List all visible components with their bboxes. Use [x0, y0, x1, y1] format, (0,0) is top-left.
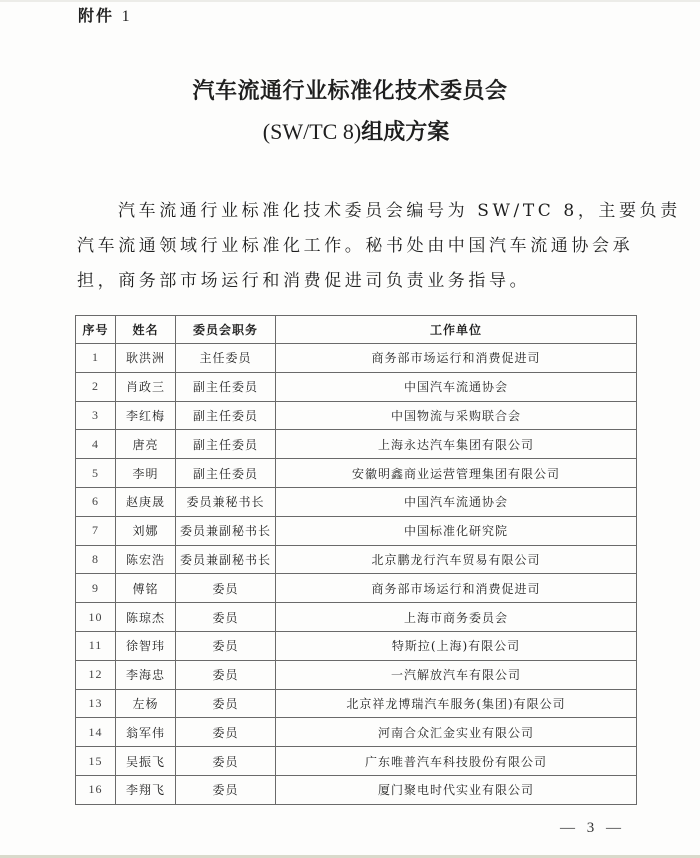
- cell-position: 副主任委员: [176, 459, 276, 488]
- intro-paragraph: 汽车流通行业标准化技术委员会编号为 SW/TC 8，主要负责 汽车流通领域行业标…: [77, 199, 647, 304]
- cell-employer: 中国物流与采购联合会: [276, 401, 637, 430]
- document-subtitle: (SW/TC 8)组成方案: [0, 115, 700, 146]
- cell-position: 副主任委员: [176, 401, 276, 430]
- cell-employer: 河南合众汇金实业有限公司: [276, 718, 637, 747]
- cell-name: 唐亮: [116, 430, 176, 459]
- table-row: 9傅铭委员商务部市场运行和消费促进司: [76, 574, 637, 603]
- cell-index: 14: [76, 718, 116, 747]
- cell-employer: 一汽解放汽车有限公司: [276, 660, 637, 689]
- cell-employer: 中国汽车流通协会: [276, 372, 637, 401]
- cell-name: 肖政三: [116, 372, 176, 401]
- cell-index: 2: [76, 372, 116, 401]
- cell-position: 委员兼副秘书长: [176, 545, 276, 574]
- cell-name: 李红梅: [116, 401, 176, 430]
- committee-code: (SW/TC 8): [263, 119, 361, 144]
- committee-members-table: 序号 姓名 委员会职务 工作单位 1耿洪洲主任委员商务部市场运行和消费促进司2肖…: [75, 315, 637, 805]
- column-header-employer: 工作单位: [276, 316, 637, 344]
- cell-name: 陈宏浩: [116, 545, 176, 574]
- column-header-name: 姓名: [116, 316, 176, 344]
- table-row: 12李海忠委员一汽解放汽车有限公司: [76, 660, 637, 689]
- table-row: 2肖政三副主任委员中国汽车流通协会: [76, 372, 637, 401]
- cell-employer: 广东唯普汽车科技股份有限公司: [276, 747, 637, 776]
- cell-name: 李明: [116, 459, 176, 488]
- cell-position: 副主任委员: [176, 372, 276, 401]
- intro-line: 汽车流通行业标准化技术委员会编号为 SW/TC 8，主要负责: [77, 199, 647, 234]
- cell-position: 委员兼秘书长: [176, 487, 276, 516]
- column-header-position: 委员会职务: [176, 316, 276, 344]
- cell-position: 主任委员: [176, 344, 276, 373]
- attachment-number: 1: [122, 8, 132, 25]
- cell-index: 6: [76, 487, 116, 516]
- table-row: 8陈宏浩委员兼副秘书长北京鹏龙行汽车贸易有限公司: [76, 545, 637, 574]
- table-row: 13左杨委员北京祥龙博瑞汽车服务(集团)有限公司: [76, 689, 637, 718]
- cell-name: 徐智玮: [116, 631, 176, 660]
- table-row: 10陈琼杰委员上海市商务委员会: [76, 603, 637, 632]
- subtitle-text: 组成方案: [361, 120, 449, 145]
- cell-name: 李海忠: [116, 660, 176, 689]
- cell-employer: 上海永达汽车集团有限公司: [276, 430, 637, 459]
- page-top-edge: [0, 0, 700, 2]
- cell-employer: 中国标准化研究院: [276, 516, 637, 545]
- cell-employer: 商务部市场运行和消费促进司: [276, 344, 637, 373]
- cell-index: 11: [76, 631, 116, 660]
- cell-position: 委员: [176, 747, 276, 776]
- cell-position: 委员: [176, 660, 276, 689]
- cell-employer: 中国汽车流通协会: [276, 487, 637, 516]
- table-row: 5李明副主任委员安徽明鑫商业运营管理集团有限公司: [76, 459, 637, 488]
- cell-employer: 北京祥龙博瑞汽车服务(集团)有限公司: [276, 689, 637, 718]
- table-row: 11徐智玮委员特斯拉(上海)有限公司: [76, 631, 637, 660]
- table-row: 6赵庚晟委员兼秘书长中国汽车流通协会: [76, 487, 637, 516]
- attachment-label: 附件 1: [78, 3, 132, 26]
- cell-position: 委员: [176, 574, 276, 603]
- table-row: 14翁军伟委员河南合众汇金实业有限公司: [76, 718, 637, 747]
- cell-index: 13: [76, 689, 116, 718]
- cell-employer: 商务部市场运行和消费促进司: [276, 574, 637, 603]
- table-row: 4唐亮副主任委员上海永达汽车集团有限公司: [76, 430, 637, 459]
- cell-index: 8: [76, 545, 116, 574]
- cell-name: 傅铭: [116, 574, 176, 603]
- cell-name: 刘娜: [116, 516, 176, 545]
- cell-position: 委员: [176, 775, 276, 804]
- document-title: 汽车流通行业标准化技术委员会: [0, 74, 700, 105]
- intro-line: 汽车流通领域行业标准化工作。秘书处由中国汽车流通协会承: [77, 234, 647, 269]
- table-header-row: 序号 姓名 委员会职务 工作单位: [76, 316, 637, 344]
- cell-employer: 厦门聚电时代实业有限公司: [276, 775, 637, 804]
- cell-position: 委员: [176, 689, 276, 718]
- cell-name: 左杨: [116, 689, 176, 718]
- cell-name: 吴振飞: [116, 747, 176, 776]
- cell-name: 翁军伟: [116, 718, 176, 747]
- cell-name: 耿洪洲: [116, 344, 176, 373]
- cell-name: 陈琼杰: [116, 603, 176, 632]
- table-row: 7刘娜委员兼副秘书长中国标准化研究院: [76, 516, 637, 545]
- cell-index: 3: [76, 401, 116, 430]
- cell-name: 李翔飞: [116, 775, 176, 804]
- cell-employer: 安徽明鑫商业运营管理集团有限公司: [276, 459, 637, 488]
- attachment-label-text: 附件: [78, 6, 114, 25]
- table-row: 3李红梅副主任委员中国物流与采购联合会: [76, 401, 637, 430]
- cell-index: 1: [76, 344, 116, 373]
- cell-index: 7: [76, 516, 116, 545]
- table-row: 15吴振飞委员广东唯普汽车科技股份有限公司: [76, 747, 637, 776]
- table-row: 1耿洪洲主任委员商务部市场运行和消费促进司: [76, 344, 637, 373]
- cell-index: 5: [76, 459, 116, 488]
- cell-position: 委员兼副秘书长: [176, 516, 276, 545]
- cell-index: 16: [76, 775, 116, 804]
- cell-position: 委员: [176, 718, 276, 747]
- table-row: 16李翔飞委员厦门聚电时代实业有限公司: [76, 775, 637, 804]
- column-header-index: 序号: [76, 316, 116, 344]
- cell-index: 15: [76, 747, 116, 776]
- intro-line: 担，商务部市场运行和消费促进司负责业务指导。: [77, 269, 647, 304]
- cell-employer: 上海市商务委员会: [276, 603, 637, 632]
- cell-name: 赵庚晟: [116, 487, 176, 516]
- cell-position: 委员: [176, 603, 276, 632]
- cell-position: 委员: [176, 631, 276, 660]
- cell-index: 12: [76, 660, 116, 689]
- cell-index: 9: [76, 574, 116, 603]
- cell-position: 副主任委员: [176, 430, 276, 459]
- page-number: — 3 —: [555, 820, 630, 837]
- cell-employer: 特斯拉(上海)有限公司: [276, 631, 637, 660]
- cell-employer: 北京鹏龙行汽车贸易有限公司: [276, 545, 637, 574]
- cell-index: 10: [76, 603, 116, 632]
- cell-index: 4: [76, 430, 116, 459]
